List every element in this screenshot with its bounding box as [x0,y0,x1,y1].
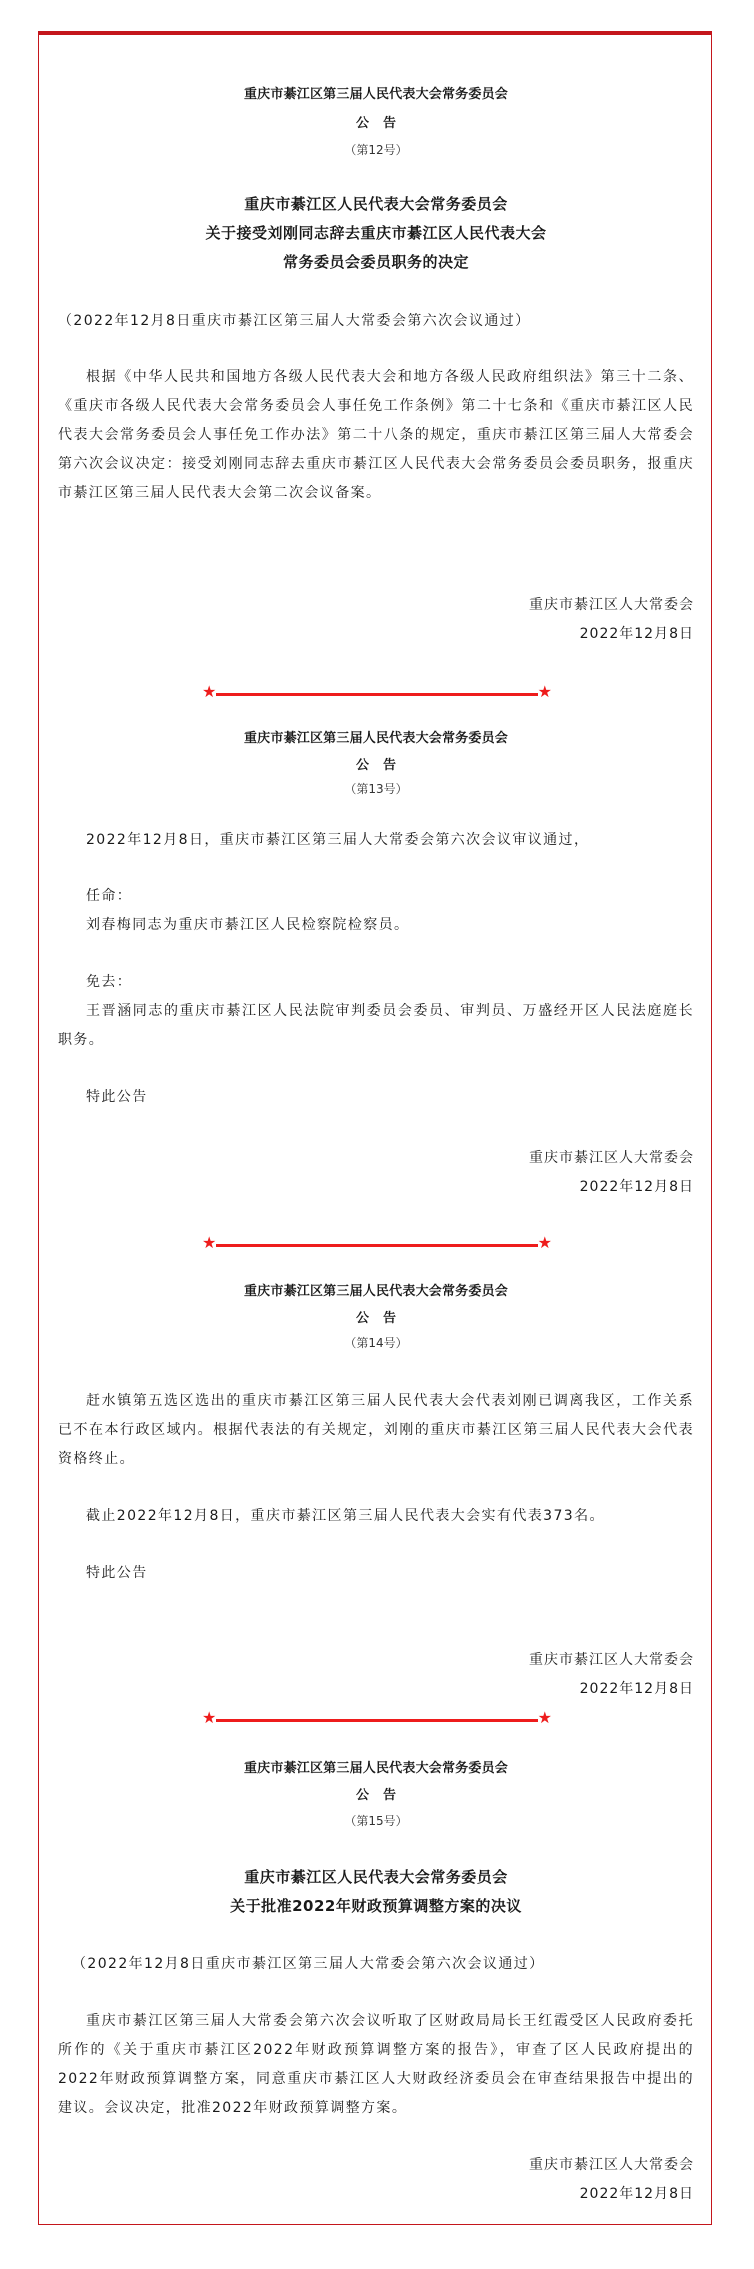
notice-14-org: 重庆市綦江区第三届人民代表大会常务委员会 [58,1280,694,1299]
star-icon: ★ [538,1710,552,1726]
divider-line [216,693,538,696]
star-divider-1: ★ ★ [202,687,552,701]
divider-line [216,1244,538,1247]
notice-14-date: 2022年12月8日 [58,1678,694,1698]
notice-13-remove-label: 免去： [58,968,694,997]
notice-12-date: 2022年12月8日 [58,623,694,643]
notice-12-title-line-3: 常务委员会委员职务的决定 [58,251,694,272]
notice-15-heading: 公告 [58,1784,694,1803]
notice-14-heading: 公告 [58,1307,694,1326]
star-icon: ★ [202,1235,216,1251]
notice-15-org: 重庆市綦江区第三届人民代表大会常务委员会 [58,1757,694,1776]
notice-13-number: （第13号） [58,780,694,797]
notice-15-title-line-2: 关于批准2022年财政预算调整方案的决议 [58,1895,694,1916]
notice-15-signer: 重庆市綦江区人大常委会 [58,2154,694,2174]
divider-line [216,1719,538,1722]
notice-12-title-line-1: 重庆市綦江区人民代表大会常务委员会 [58,193,694,214]
notice-12-org: 重庆市綦江区第三届人民代表大会常务委员会 [58,83,694,102]
notice-12-title-line-2: 关于接受刘刚同志辞去重庆市綦江区人民代表大会 [58,222,694,243]
notice-12-adopted: （2022年12月8日重庆市綦江区第三届人大常委会第六次会议通过） [58,307,694,336]
notice-15-title-line-1: 重庆市綦江区人民代表大会常务委员会 [58,1866,694,1887]
notice-14-count: 截止2022年12月8日，重庆市綦江区第三届人民代表大会实有代表373名。 [58,1502,694,1531]
notice-13-org: 重庆市綦江区第三届人民代表大会常务委员会 [58,727,694,746]
notice-13-closing: 特此公告 [58,1083,694,1112]
notice-12-signer: 重庆市綦江区人大常委会 [58,594,694,614]
star-icon: ★ [202,684,216,700]
notice-15-date: 2022年12月8日 [58,2183,694,2203]
notice-13-date: 2022年12月8日 [58,1176,694,1196]
star-icon: ★ [538,1235,552,1251]
notice-15-number: （第15号） [58,1812,694,1829]
notice-15-body: 重庆市綦江区第三届人大常委会第六次会议听取了区财政局局长王红霞受区人民政府委托所… [58,2007,694,2123]
notice-13-heading: 公告 [58,754,694,773]
notice-15-adopted: （2022年12月8日重庆市綦江区第三届人大常委会第六次会议通过） [58,1950,694,1979]
notice-13-appoint-label: 任命： [58,882,694,911]
notice-13-remove-text: 王晋涵同志的重庆市綦江区人民法院审判委员会委员、审判员、万盛经开区人民法庭庭长职… [58,997,694,1055]
notice-14-body: 赶水镇第五选区选出的重庆市綦江区第三届人民代表大会代表刘刚已调离我区，工作关系已… [58,1387,694,1474]
notice-14-closing: 特此公告 [58,1559,694,1588]
star-divider-2: ★ ★ [202,1238,552,1252]
notice-14-number: （第14号） [58,1334,694,1351]
notice-12-heading: 公告 [58,112,694,131]
notice-13-intro: 2022年12月8日，重庆市綦江区第三届人大常委会第六次会议审议通过， [58,826,694,855]
notice-13-appoint-text: 刘春梅同志为重庆市綦江区人民检察院检察员。 [58,911,694,940]
notice-12-body: 根据《中华人民共和国地方各级人民代表大会和地方各级人民政府组织法》第三十二条、《… [58,363,694,508]
star-icon: ★ [202,1710,216,1726]
star-divider-3: ★ ★ [202,1713,552,1727]
notice-14-signer: 重庆市綦江区人大常委会 [58,1649,694,1669]
star-icon: ★ [538,684,552,700]
notice-13-signer: 重庆市綦江区人大常委会 [58,1147,694,1167]
notice-12-number: （第12号） [58,141,694,158]
